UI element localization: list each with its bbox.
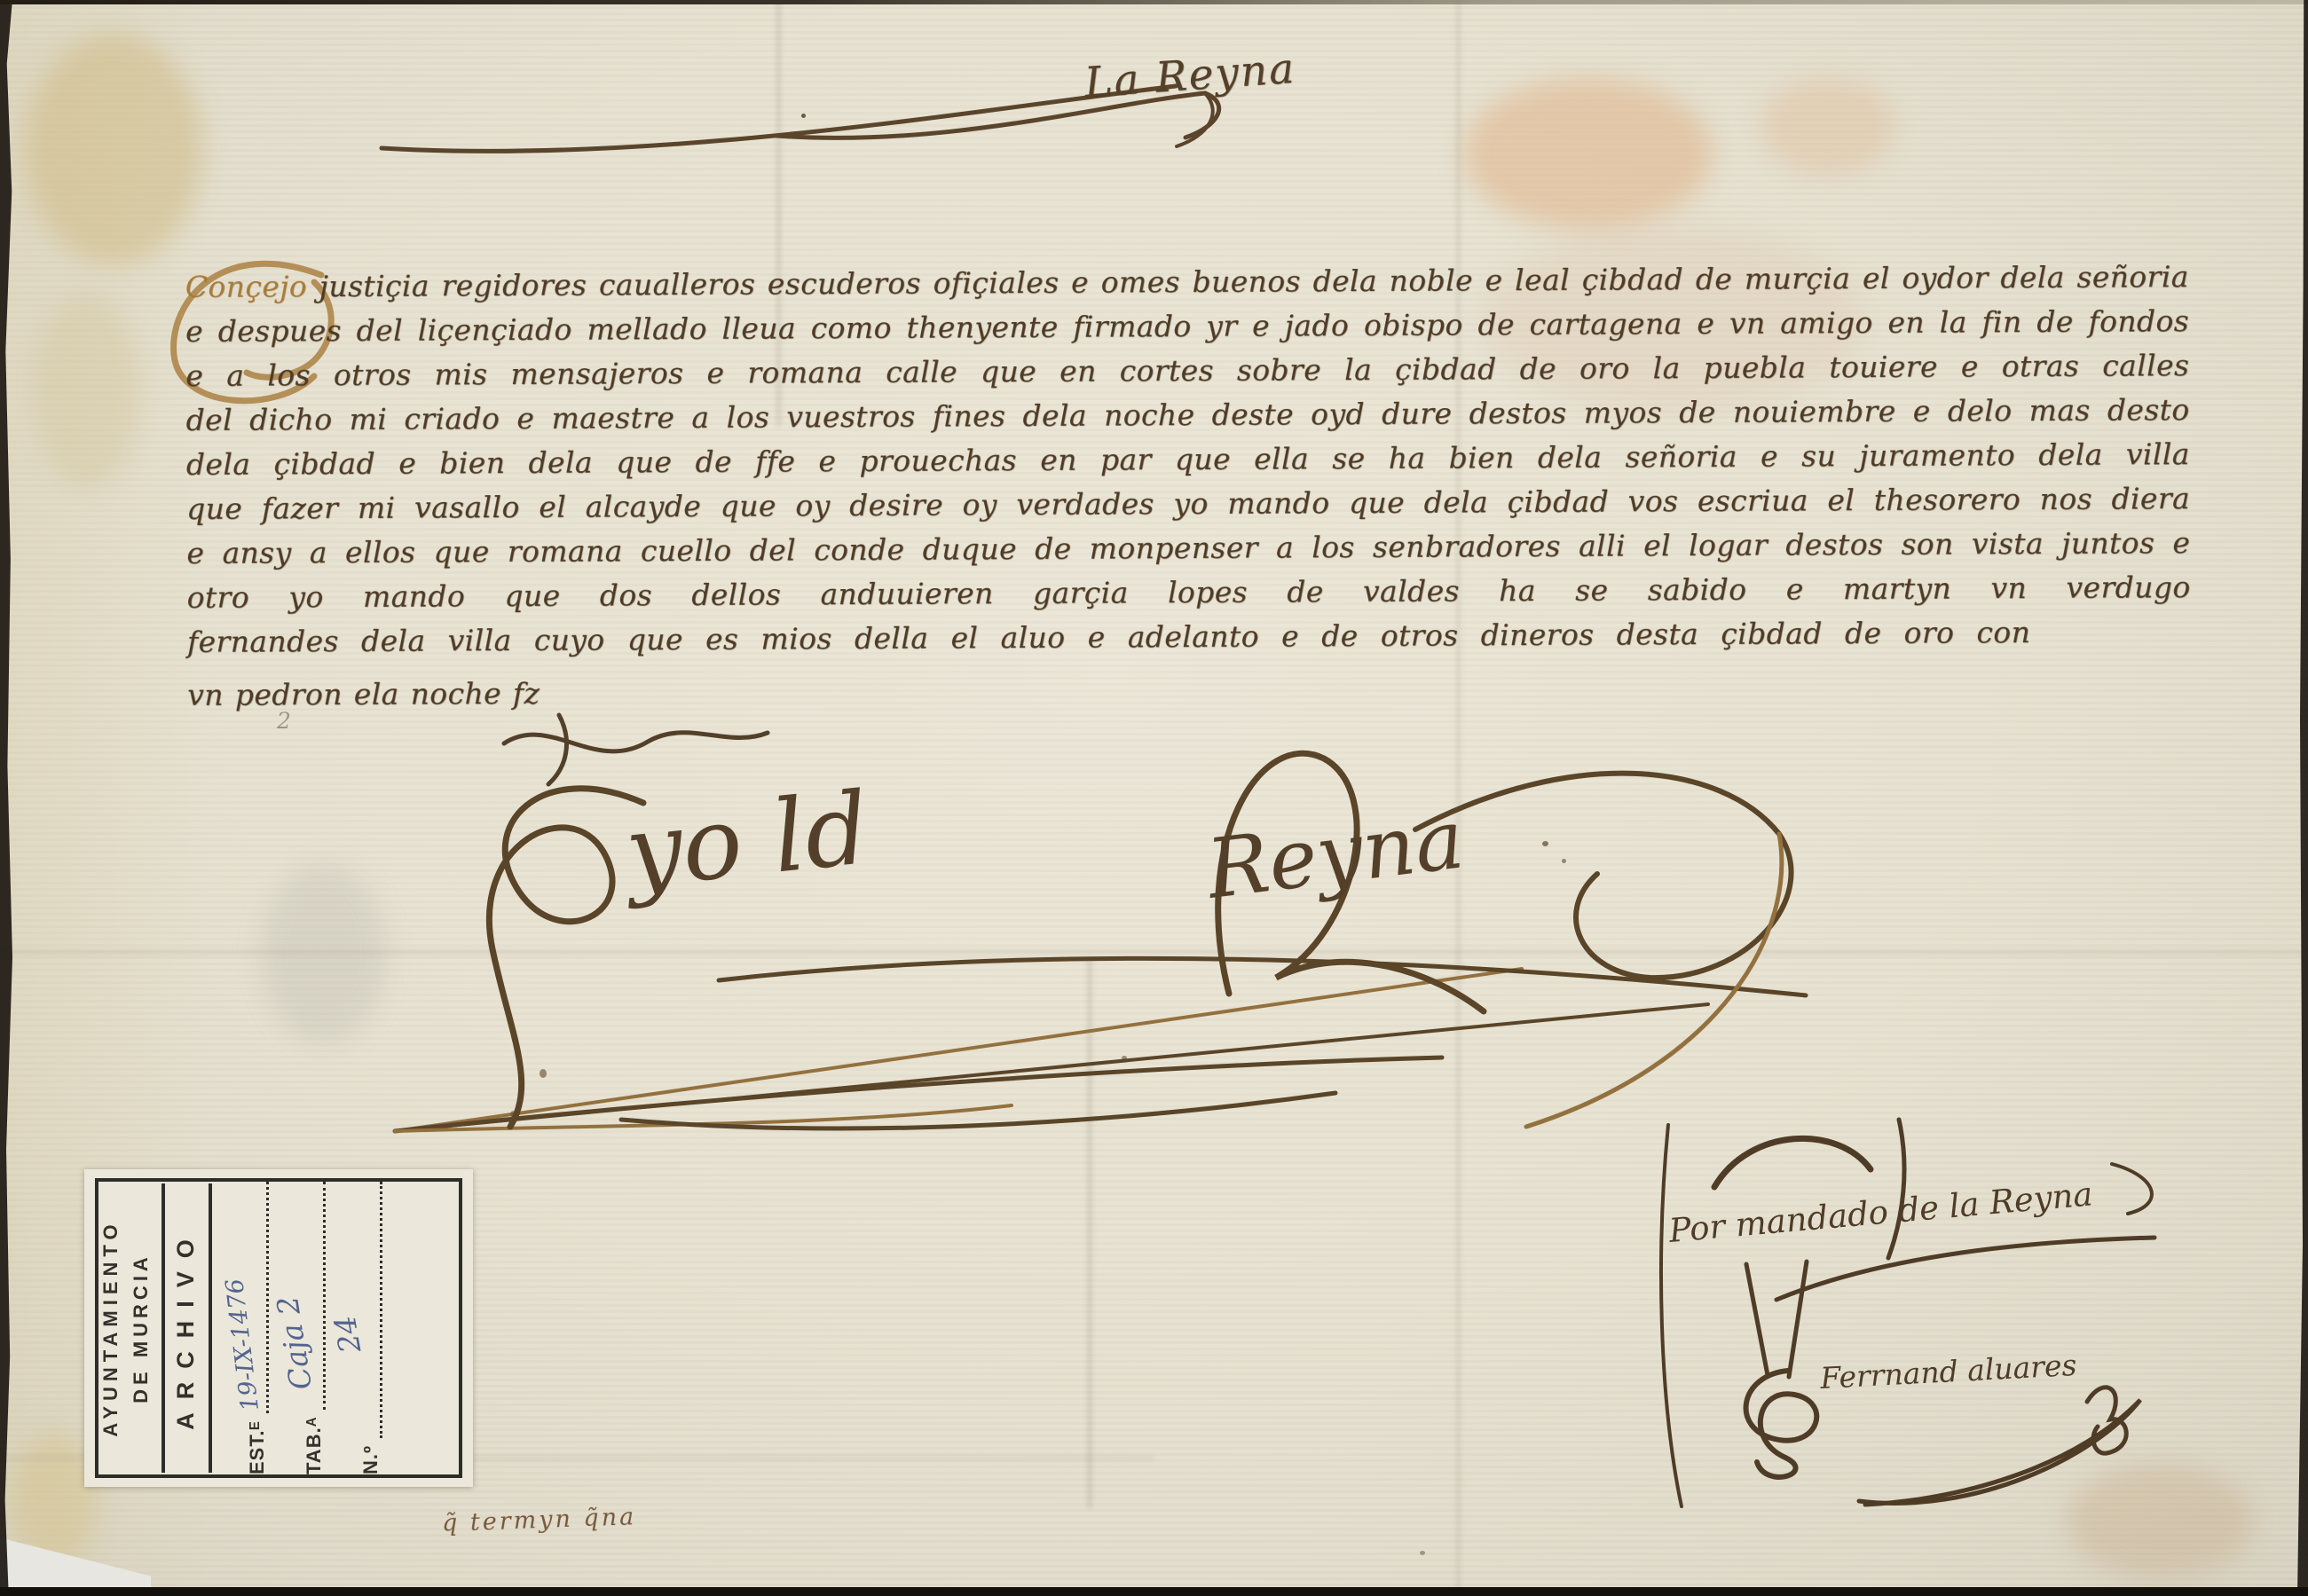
scan-edge-left xyxy=(0,0,12,1596)
authorization-flourish: Por mandado de la Reyna Ferrnand aluares xyxy=(1633,1109,2201,1535)
docket-note: q̃ termyn q̃na xyxy=(442,1503,637,1537)
archive-field-label: TAB.ᴬ xyxy=(303,1417,326,1474)
signature-reyna: Reyna xyxy=(1201,791,1469,917)
ink-speck xyxy=(1122,1056,1127,1060)
archive-field-value: 24 xyxy=(327,1313,368,1356)
archive-field-label: N.º xyxy=(359,1445,382,1474)
scan-edge-right xyxy=(2297,0,2308,1596)
pencil-mark: 2 xyxy=(277,708,291,734)
archive-field-est: EST.ᴱ 19-IX-1476 xyxy=(233,1182,269,1474)
royal-signature: yo ld Reyna xyxy=(337,710,1899,1171)
ink-speck xyxy=(801,114,806,118)
stain-top-right xyxy=(1464,78,1713,229)
dotted-leader: 19-IX-1476 xyxy=(240,1182,269,1413)
archive-field-value: 19-IX-1476 xyxy=(221,1278,264,1413)
body-line: fernandes dela villa cuyo que es mios de… xyxy=(187,610,2031,664)
scan-edge-top xyxy=(0,0,2308,4)
authorization-line: Por mandado de la Reyna xyxy=(1666,1175,2094,1250)
body-lead-word: Conçejo xyxy=(185,269,307,304)
scan-edge-bottom xyxy=(0,1587,2308,1596)
archive-field-tab: TAB.ᴬ Caja 2 xyxy=(290,1182,326,1474)
archive-label-line2: DE MURCIA xyxy=(130,1182,153,1474)
ink-speck xyxy=(1562,859,1566,863)
archive-field-label: EST.ᴱ xyxy=(246,1420,269,1474)
archive-label-line3: ARCHIVO xyxy=(172,1182,200,1474)
archive-field-value: Caja 2 xyxy=(270,1293,319,1392)
dotted-leader: 24 xyxy=(353,1182,382,1438)
body-text: Conçejo justiçia regidores caualleros es… xyxy=(185,255,2192,718)
signature-yola: yo ld xyxy=(616,771,874,911)
archive-label-line1: AYUNTAMIENTO xyxy=(99,1182,122,1474)
rule xyxy=(209,1183,212,1473)
ink-speck xyxy=(1542,841,1548,846)
archive-label: AYUNTAMIENTO DE MURCIA ARCHIVO EST.ᴱ 19-… xyxy=(84,1169,473,1487)
archive-label-content: AYUNTAMIENTO DE MURCIA ARCHIVO EST.ᴱ 19-… xyxy=(96,1182,461,1474)
stain-left-mid xyxy=(34,293,140,488)
stain-top-right-2 xyxy=(1761,78,1894,176)
rule xyxy=(161,1183,165,1473)
ink-speck xyxy=(1420,1551,1425,1555)
secretary-signature: Ferrnand aluares xyxy=(1818,1348,2077,1396)
dotted-leader: Caja 2 xyxy=(296,1182,326,1410)
ink-speck xyxy=(540,1069,547,1078)
stain-top-left xyxy=(25,34,202,264)
ink-speck xyxy=(510,1111,516,1118)
archive-field-no: N.º 24 xyxy=(347,1182,382,1474)
manuscript-page: La Reyna Conçejo justiçia regidores caua… xyxy=(0,0,2308,1596)
